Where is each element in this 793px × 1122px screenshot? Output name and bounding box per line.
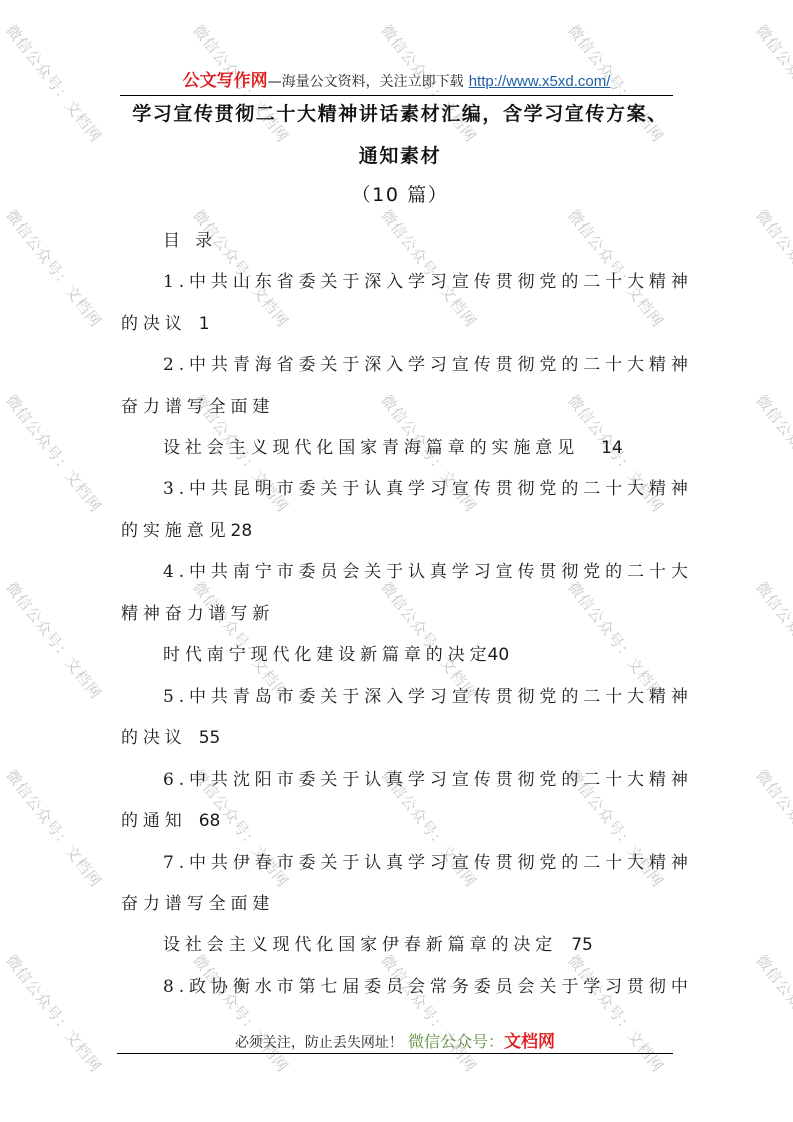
brand-name: 公文写作网 (183, 71, 268, 91)
toc-line: 5.中共青岛市委关于深入学习宣传贯彻党的二十大精神 (163, 682, 693, 707)
footer-site-name: 文档网 (504, 1032, 555, 1052)
toc-entry-text: 时代南宁现代化建设新篇章的决定 (163, 645, 492, 665)
toc-entry-text: 奋力谱写全面建 (121, 397, 274, 417)
toc-line: 8.政协衡水市第七届委员会常务委员会关于学习贯彻中 (163, 972, 693, 997)
header-slogan: —海量公文资料，关注立即下载 (268, 74, 464, 90)
toc-page-number: 14 (601, 438, 623, 458)
toc-entry-text: 5.中共青岛市委关于深入学习宣传贯彻党的二十大精神 (163, 687, 693, 707)
toc-entry-text: 精神奋力谱写新 (121, 604, 274, 624)
toc-line: 3.中共昆明市委关于认真学习宣传贯彻党的二十大精神 (163, 474, 693, 499)
document-title-line-2: 通知素材 (110, 141, 690, 168)
toc-line: 6.中共沈阳市委关于认真学习宣传贯彻党的二十大精神 (163, 765, 693, 790)
toc-page-number: 1 (199, 314, 210, 334)
toc-page-number: 28 (231, 521, 253, 541)
toc-entry-text: 2.中共青海省委关于深入学习宣传贯彻党的二十大精神 (163, 355, 693, 375)
document-page: 公文写作网—海量公文资料，关注立即下载 http://www.x5xd.com/… (0, 0, 793, 1122)
toc-line: 奋力谱写全面建 (121, 889, 274, 914)
toc-entry-text: 的通知 (121, 811, 187, 831)
toc-entry-text: 4.中共南宁市委员会关于认真学习宣传贯彻党的二十大 (163, 562, 693, 582)
footer-notice: 必须关注，防止丢失网址！ (235, 1035, 403, 1051)
document-title-count: （10 篇） (110, 180, 690, 207)
page-footer: 必须关注，防止丢失网址！ 微信公众号：文档网 (117, 1027, 673, 1054)
toc-entry-text: 7.中共伊春市委关于认真学习宣传贯彻党的二十大精神 (163, 853, 693, 873)
toc-entry-text: 3.中共昆明市委关于认真学习宣传贯彻党的二十大精神 (163, 479, 693, 499)
toc-heading: 目 录 (163, 226, 217, 251)
toc-entry-text: 1.中共山东省委关于深入学习宣传贯彻党的二十大精神 (163, 272, 693, 292)
toc-line: 1.中共山东省委关于深入学习宣传贯彻党的二十大精神 (163, 267, 693, 292)
toc-page-number: 55 (199, 728, 221, 748)
header-url-link[interactable]: http://www.x5xd.com/ (469, 73, 611, 90)
toc-entry-text: 8.政协衡水市第七届委员会常务委员会关于学习贯彻中 (163, 977, 693, 997)
toc-entry-text: 6.中共沈阳市委关于认真学习宣传贯彻党的二十大精神 (163, 770, 693, 790)
page-header: 公文写作网—海量公文资料，关注立即下载 http://www.x5xd.com/ (120, 66, 673, 96)
toc-line: 设社会主义现代化国家青海篇章的实施意见14 (163, 433, 623, 458)
toc-page-number: 68 (199, 811, 221, 831)
toc-entry-text: 的决议 (121, 314, 187, 334)
toc-page-number: 75 (571, 935, 593, 955)
toc-entry-text: 的决议 (121, 728, 187, 748)
toc-line: 奋力谱写全面建 (121, 392, 274, 417)
toc-line: 时代南宁现代化建设新篇章的决定40 (163, 640, 509, 665)
toc-entry-text: 设社会主义现代化国家伊春新篇章的决定 (163, 935, 557, 955)
toc-line: 精神奋力谱写新 (121, 599, 274, 624)
document-title-line-1: 学习宣传贯彻二十大精神讲话素材汇编，含学习宣传方案、 (110, 99, 690, 126)
toc-line: 的决议1 (121, 309, 210, 334)
toc-entry-text: 奋力谱写全面建 (121, 894, 274, 914)
footer-wechat-label: 微信公众号： (408, 1032, 504, 1051)
toc-line: 的实施意见28 (121, 516, 252, 541)
toc-line: 的决议55 (121, 723, 220, 748)
toc-line: 2.中共青海省委关于深入学习宣传贯彻党的二十大精神 (163, 350, 693, 375)
toc-line: 4.中共南宁市委员会关于认真学习宣传贯彻党的二十大 (163, 557, 693, 582)
toc-line: 设社会主义现代化国家伊春新篇章的决定75 (163, 930, 593, 955)
toc-line: 的通知68 (121, 806, 220, 831)
toc-line: 7.中共伊春市委关于认真学习宣传贯彻党的二十大精神 (163, 848, 693, 873)
toc-entry-text: 设社会主义现代化国家青海篇章的实施意见 (163, 438, 579, 458)
toc-entry-text: 的实施意见 (121, 521, 231, 541)
toc-page-number: 40 (488, 645, 510, 665)
